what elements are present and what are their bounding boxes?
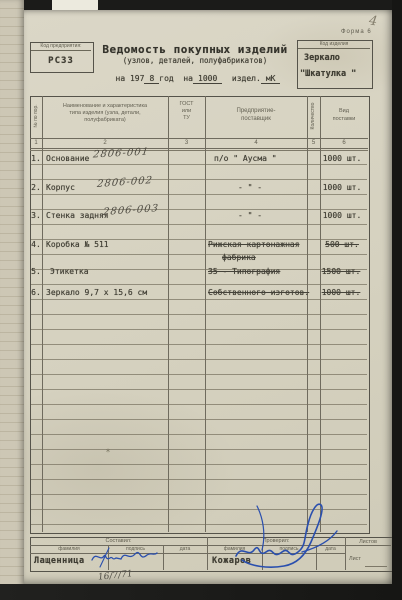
row3-qty: 1000 шт. bbox=[320, 211, 364, 220]
compiled-signature-ink bbox=[88, 546, 160, 570]
col-header-gost-l2: или bbox=[169, 108, 204, 115]
col-header-name: Наименование и характеристика типа издел… bbox=[43, 103, 167, 124]
enterprise-code-label: Код предприятия: bbox=[31, 43, 91, 51]
period-prefix: на 197 bbox=[116, 74, 145, 83]
row4-num: 4. bbox=[30, 240, 42, 249]
sheet-label: Лист bbox=[349, 556, 361, 562]
row6-name: Зеркало 9,7 х 15,6 см bbox=[46, 288, 147, 297]
scan-black-band-right bbox=[392, 0, 402, 600]
sheet-underline bbox=[365, 566, 387, 567]
scan-black-band-bottom bbox=[0, 584, 402, 600]
row2-num: 2. bbox=[30, 183, 42, 192]
row6-supplier: Собственного изготов. bbox=[208, 288, 309, 297]
row5-supplier: 35 - Типография bbox=[208, 267, 280, 276]
col-header-name-l3: полуфабриката) bbox=[43, 117, 167, 124]
row3-name: Стенка задняя bbox=[46, 211, 109, 220]
row4-supplier-line1: Рижская картонажная bbox=[208, 240, 300, 249]
colnum-2: 2 bbox=[42, 140, 168, 146]
product-code-label: Код изделия bbox=[298, 41, 370, 49]
col-header-qty: Количество bbox=[310, 96, 316, 136]
period-year: 8 bbox=[144, 74, 159, 84]
row2-supplier: - " - bbox=[238, 183, 262, 192]
row3-supplier: - " - bbox=[238, 211, 262, 220]
col-header-gost-l3: ТУ bbox=[169, 115, 204, 122]
checked-signature-ink bbox=[232, 498, 342, 572]
table-ruling bbox=[31, 150, 367, 531]
sheets-label: Листов bbox=[345, 539, 391, 545]
colnum-5: 5 bbox=[307, 140, 320, 146]
product-name-line1: Зеркало bbox=[298, 53, 376, 63]
period-god: год bbox=[159, 74, 173, 83]
stray-mark: * bbox=[106, 448, 110, 457]
col-header-kind-l2: поставки bbox=[321, 115, 367, 123]
binding-page-edges bbox=[0, 0, 24, 600]
col-header-supplier-l2: поставщик bbox=[206, 115, 306, 123]
product-name-line2: "Шкатулка " bbox=[298, 69, 372, 79]
scanned-document: 4 Форма 6 Код предприятия: РС33 Ведомост… bbox=[0, 0, 402, 600]
col-header-kind: Вид поставки bbox=[321, 107, 367, 123]
col-header-num: № по пор. bbox=[33, 96, 39, 136]
compiled-date-label: дата bbox=[163, 546, 207, 552]
period-code: мК bbox=[261, 74, 281, 84]
row5-qty: 1500 шт. bbox=[318, 267, 364, 276]
colnum-3: 3 bbox=[168, 140, 205, 146]
period-na: на bbox=[183, 74, 193, 83]
table-header-rule bbox=[30, 138, 368, 139]
row6-num: 6. bbox=[30, 288, 42, 297]
col-header-supplier-l1: Предприятие- bbox=[206, 107, 306, 115]
doc-title: Ведомость покупных изделий bbox=[95, 43, 295, 56]
compiled-label: Составил: bbox=[30, 538, 207, 544]
row5-num: 5. bbox=[30, 267, 42, 276]
period-izdel: издел. bbox=[232, 74, 261, 83]
row1-qty: 1000 шт. bbox=[320, 154, 364, 163]
form-number-label: Форма 6 bbox=[341, 29, 372, 35]
row2-name: Корпус bbox=[46, 183, 75, 192]
col-header-name-l1: Наименование и характеристика bbox=[43, 103, 167, 110]
row4-name: Коробка № 511 bbox=[46, 240, 109, 249]
colnum-6: 6 bbox=[320, 140, 368, 146]
doc-subtitle: (узлов, деталей, полуфабрикатов) bbox=[95, 56, 295, 65]
row6-qty: 1000 шт. bbox=[318, 288, 364, 297]
row4-qty: 500 шт. bbox=[320, 240, 364, 249]
row1-supplier: п/о " Аусма " bbox=[214, 154, 277, 163]
row2-qty: 1000 шт. bbox=[320, 183, 364, 192]
period-qty: 1000 bbox=[193, 74, 222, 84]
row4-supplier-line2: фабрика bbox=[222, 253, 256, 262]
row3-num: 3. bbox=[30, 211, 42, 220]
col-header-gost-l1: ГОСТ bbox=[169, 101, 204, 108]
row1-name: Основание bbox=[46, 154, 89, 163]
col-header-kind-l1: Вид bbox=[321, 107, 367, 115]
colnum-1: 1 bbox=[30, 140, 42, 146]
enterprise-code-value: РС33 bbox=[31, 56, 91, 66]
col-header-supplier: Предприятие- поставщик bbox=[206, 107, 306, 123]
row5-name: Этикетка bbox=[50, 267, 89, 276]
col-header-gost: ГОСТ или ТУ bbox=[169, 101, 204, 122]
row1-num: 1. bbox=[30, 154, 42, 163]
doc-period-line: на 1978год на1000 издел.мК bbox=[98, 74, 298, 84]
compiled-by-name: Лащенница bbox=[34, 556, 85, 566]
colnum-4: 4 bbox=[205, 140, 307, 146]
numbers-row-rule-a bbox=[30, 148, 368, 149]
col-header-name-l2: типа изделия (узла, детали, bbox=[43, 110, 167, 117]
